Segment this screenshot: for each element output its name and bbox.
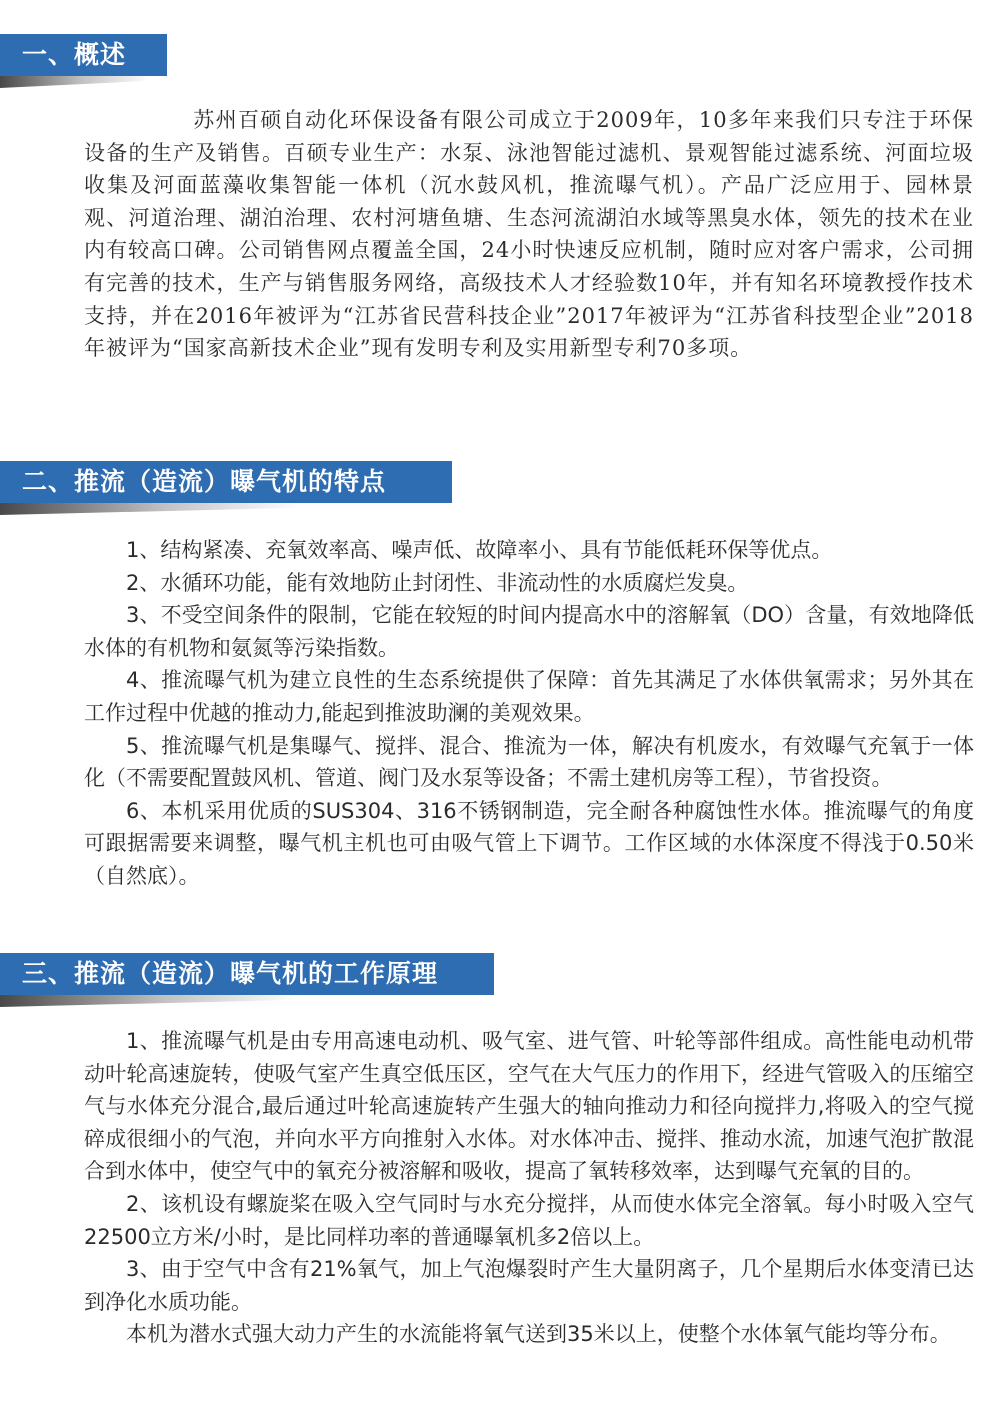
section-heading-features: 二、推流（造流）曝气机的特点 [0, 461, 452, 503]
features-list: 1、结构紧凑、充氧效率高、噪声低、故障率小、具有节能低耗环保等优点。 2、水循环… [84, 534, 974, 893]
feature-item-5: 5、推流曝气机是集曝气、搅拌、混合、推流为一体，解决有机废水，有效曝气充氧于一体… [84, 730, 974, 795]
principle-item-1: 1、推流曝气机是由专用高速电动机、吸气室、进气管、叶轮等部件组成。高性能电动机带… [84, 1025, 974, 1188]
section-heading-working-principle: 三、推流（造流）曝气机的工作原理 [0, 953, 494, 995]
feature-item-4: 4、推流曝气机为建立良性的生态系统提供了保障：首先其满足了水体供氧需求；另外其在… [84, 664, 974, 729]
section-heading-shadow [0, 76, 150, 88]
section-heading-shadow [0, 995, 300, 1007]
section-heading-shadow [0, 503, 300, 515]
feature-item-1: 1、结构紧凑、充氧效率高、噪声低、故障率小、具有节能低耗环保等优点。 [84, 534, 974, 567]
overview-paragraph: 苏州百硕自动化环保设备有限公司成立于2009年，10多年来我们只专注于环保设备的… [84, 104, 974, 365]
principle-item-3: 3、由于空气中含有21%氧气，加上气泡爆裂时产生大量阴离子，几个星期后水体变清已… [84, 1253, 974, 1318]
feature-item-2: 2、水循环功能，能有效地防止封闭性、非流动性的水质腐烂发臭。 [84, 567, 974, 600]
principle-item-4: 本机为潜水式强大动力产生的水流能将氧气送到35米以上，使整个水体氧气能均等分布。 [84, 1318, 974, 1351]
feature-item-3: 3、不受空间条件的限制，它能在较短的时间内提高水中的溶解氧（DO）含量，有效地降… [84, 599, 974, 664]
feature-item-6: 6、本机采用优质的SUS304、316不锈钢制造，完全耐各种腐蚀性水体。推流曝气… [84, 795, 974, 893]
principle-list: 1、推流曝气机是由专用高速电动机、吸气室、进气管、叶轮等部件组成。高性能电动机带… [84, 1025, 974, 1351]
principle-item-2: 2、该机设有螺旋桨在吸入空气同时与水充分搅拌，从而使水体完全溶氧。每小时吸入空气… [84, 1188, 974, 1253]
section-heading-overview: 一、概述 [0, 34, 167, 76]
